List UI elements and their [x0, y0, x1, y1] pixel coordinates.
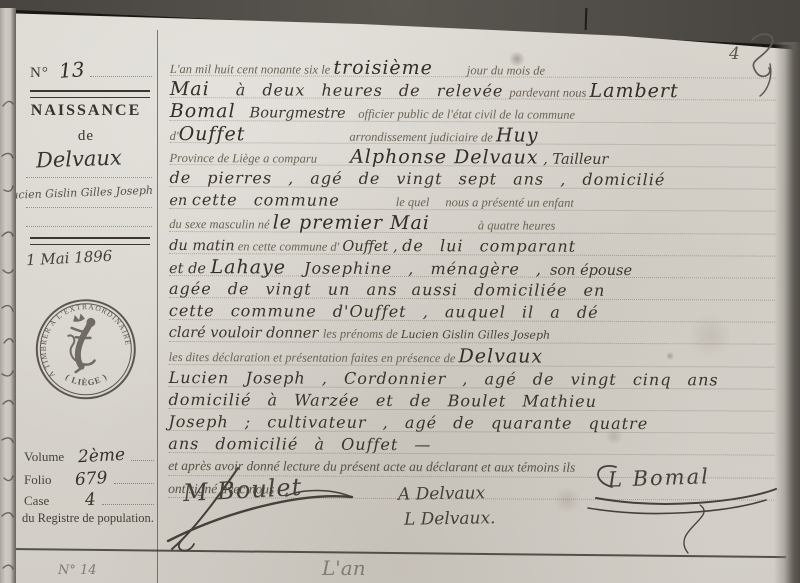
folio-value: 679 [75, 468, 109, 490]
ink-tick [585, 8, 588, 30]
dotted-fill [26, 176, 152, 178]
act-line: du sexe masculin né le premier Maià quat… [169, 211, 777, 236]
act-line: en cette communele quelnous a présenté u… [169, 189, 777, 214]
scanned-register-photo: N° 13 NAISSANCE de Delvaux Lucien Gislin… [0, 0, 800, 583]
volume-value: 2ème [78, 445, 126, 467]
act-line: ans domicilié à Ouffet — [168, 433, 776, 458]
dotted-fill [114, 471, 154, 484]
register-label: du Registre de population. [22, 511, 154, 526]
next-act-opening: L'an [322, 556, 366, 580]
act-date: 1 Mai 1896 [26, 247, 113, 269]
child-surname: Delvaux [36, 146, 123, 173]
act-line: Province de Liège a comparu Alphonse Del… [170, 145, 778, 170]
case-value: 4 [85, 490, 97, 511]
binding-gutter [774, 42, 800, 583]
case-label: Case [24, 493, 49, 509]
stamp-bottom-text: ( LIÈGE ) [62, 363, 110, 392]
act-line: L'an mil huit cent nonante six le troisi… [170, 56, 778, 81]
act-line: agée de vingt un ansaussi domiciliée en [169, 278, 777, 303]
dotted-fill [131, 448, 154, 461]
act-line: d'Ouffetarrondissement judiciaire de Huy [170, 123, 778, 148]
act-line: Lucien Joseph , Cordonnier , agé de ving… [169, 367, 777, 392]
act-type-de: de [16, 128, 156, 145]
dotted-fill [26, 206, 152, 208]
child-given-names: Lucien Gislin Gilles Joseph [4, 183, 172, 202]
act-number-value: 13 [58, 57, 85, 83]
signature-boulet: M Boulet [182, 473, 303, 507]
register-page: N° 13 NAISSANCE de Delvaux Lucien Gislin… [0, 0, 800, 583]
notary-stamp: A TIMBRER A L'EXTRAORDINAIRE ( LIÈGE ) [23, 284, 151, 415]
volume-row: Volume 2ème [24, 446, 154, 466]
volume-label: Volume [24, 449, 64, 465]
act-line: et de LahayeJosephine , ménagère ,son ép… [169, 256, 777, 281]
signature-a-delvaux: A Delvaux [398, 483, 485, 505]
entry-divider-rule [10, 548, 786, 558]
dotted-fill [102, 492, 154, 505]
act-line: domicilié à Warzée et de Boulet Mathieu [168, 389, 776, 414]
act-lines: L'an mil huit cent nonante six le troisi… [168, 56, 778, 502]
act-line: claré vouloir donner les prénoms de Luci… [169, 322, 777, 347]
act-number-row: N° 13 [30, 58, 152, 82]
next-act-number: N° 14 [58, 563, 97, 578]
act-line: Maià deux heures de relevéepardevant nou… [170, 78, 778, 103]
previous-page-edge [0, 8, 16, 583]
folio-label: Folio [24, 472, 51, 488]
case-row: Case 4 [24, 490, 154, 510]
act-line: BomalBourgmestre officier public de l'ét… [170, 100, 778, 125]
act-line: les dites déclaration et présentation fa… [169, 344, 777, 369]
act-line: cette commune d'Ouffet , auquel il a dé [169, 300, 777, 325]
signature-l-delvaux: L Delvaux. [404, 508, 496, 530]
margin-ink-fragments [0, 8, 16, 583]
dotted-fill [26, 225, 152, 227]
pencil-page-number: 4 [729, 44, 740, 64]
act-line: Joseph ; cultivateur , agé de quarante q… [168, 411, 776, 436]
act-type-heading: NAISSANCE [16, 102, 156, 120]
act-line: de pierres , agé de vingt sept ans , dom… [169, 167, 777, 192]
act-line: du matin en cette commune d' Ouffet , de… [169, 233, 777, 258]
signature-bomal: L Bomal [608, 464, 711, 492]
lion-rampant-icon [63, 311, 106, 373]
act-number-label: N° [30, 65, 49, 82]
dotted-fill [90, 64, 152, 77]
folio-row: Folio 679 [24, 469, 154, 489]
double-rule [30, 90, 150, 98]
double-rule [30, 237, 150, 245]
margin-separator-rule [157, 30, 158, 583]
